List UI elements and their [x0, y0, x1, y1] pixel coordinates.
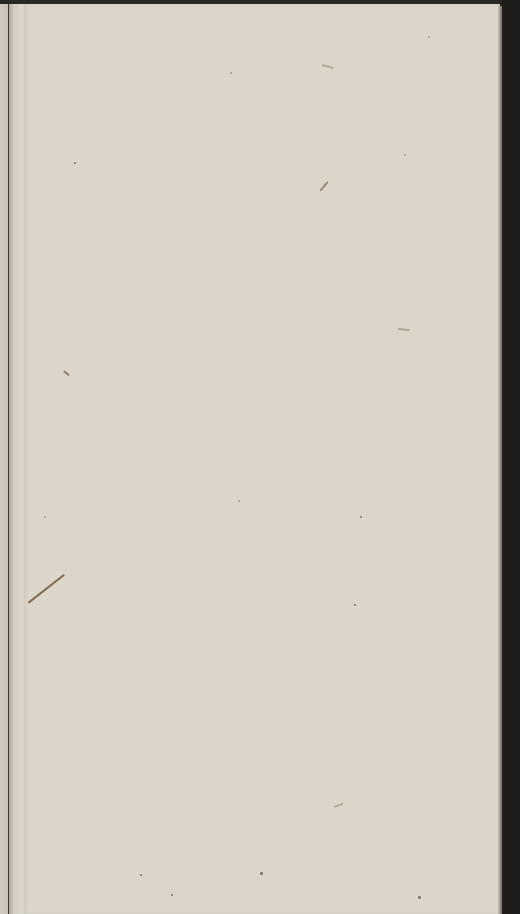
- paper-speck: [44, 516, 46, 518]
- paper-fiber: [64, 370, 70, 376]
- paper-speck: [140, 874, 142, 876]
- paper-fiber: [28, 574, 65, 604]
- blank-page: [24, 4, 500, 914]
- paper-speck: [171, 894, 173, 896]
- paper-speck: [74, 162, 76, 164]
- paper-speck: [354, 604, 356, 606]
- paper-fiber: [334, 803, 344, 808]
- paper-speck: [230, 72, 232, 74]
- paper-speck: [404, 154, 406, 156]
- paper-speck: [360, 516, 362, 518]
- paper-speck: [238, 500, 240, 502]
- scan-background: [502, 0, 520, 914]
- paper-fiber: [398, 328, 410, 331]
- paper-speck: [260, 872, 263, 875]
- paper-fiber: [322, 64, 334, 69]
- paper-fiber: [319, 181, 328, 191]
- paper-speck: [428, 36, 430, 38]
- paper-speck: [418, 896, 421, 899]
